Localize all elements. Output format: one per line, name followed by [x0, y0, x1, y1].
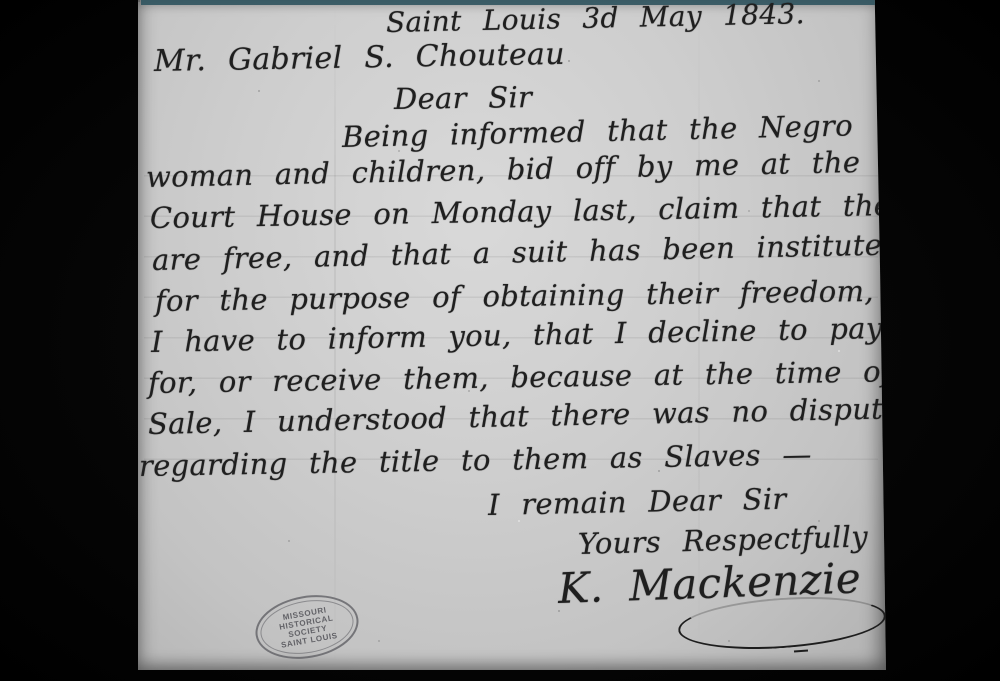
- archive-stamp: MISSOURI HISTORICAL SOCIETY SAINT LOUIS: [250, 587, 363, 666]
- letter-body-line: Sale, I understood that there was no dis…: [148, 391, 901, 441]
- signature-flourish-dash: [794, 650, 808, 653]
- letter-body-line: Court House on Monday last, claim that t…: [150, 188, 908, 235]
- letter-body-line: woman and children, bid off by me at the: [146, 145, 861, 194]
- letter-body-line: I have to inform you, that I decline to …: [151, 311, 883, 359]
- letter-body-line: are free, and that a suit has been insti…: [152, 227, 902, 277]
- letter-salutation: Dear Sir: [394, 80, 533, 116]
- letter-paper: Saint Louis 3d May 1843. Mr. Gabriel S. …: [138, 0, 886, 670]
- letter-body-line: for the purpose of obtaining their freed…: [155, 274, 874, 318]
- letter-closing-remain: I remain Dear Sir: [488, 482, 787, 522]
- paper-speckles: [138, 0, 140, 2]
- photograph-background: Saint Louis 3d May 1843. Mr. Gabriel S. …: [0, 0, 1000, 681]
- letter-dateline: Saint Louis 3d May 1843.: [386, 0, 805, 39]
- letter-body-line: regarding the title to them as Slaves —: [139, 437, 812, 483]
- letter-addressee: Mr. Gabriel S. Chouteau: [154, 37, 565, 79]
